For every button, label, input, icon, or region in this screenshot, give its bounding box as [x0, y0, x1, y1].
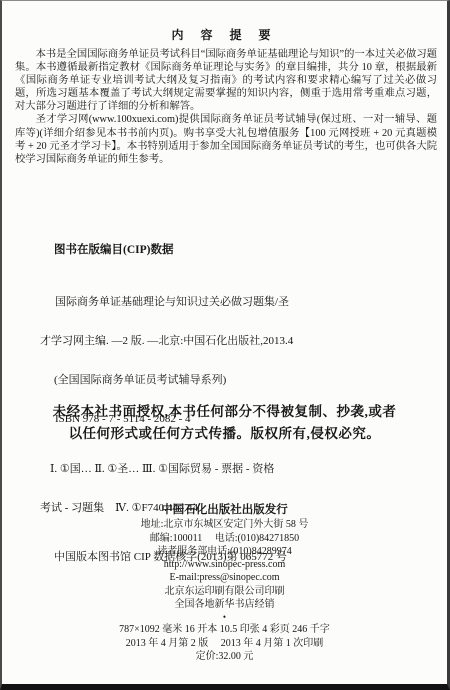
- copyright-notice-line-1: 未经本社书面授权,本书任何部分不得被复制、抄袭,或者: [2, 401, 447, 423]
- book-copyright-page: 内 容 提 要 本书是全国国际商务单证员考试科目“国际商务单证基础理论与知识”的…: [0, 0, 450, 690]
- publisher-email: E-mail:press@sinopec.com: [2, 571, 447, 584]
- colophon-block: 中国石化出版社出版发行 地址:北京市东城区安定门外大街 58 号 邮编:1000…: [2, 504, 447, 663]
- publisher-postcode-phone: 邮编:100011 电话:(010)84271850: [2, 532, 447, 545]
- publisher-name: 中国石化出版社出版发行: [2, 504, 447, 517]
- publisher-website: http://www.sinopec-press.com: [2, 558, 447, 571]
- separator-dot: •: [2, 611, 447, 623]
- summary-paragraph-2: 圣才学习网(www.100xuexi.com)提供国际商务单证员考试辅导(保过班…: [15, 113, 437, 165]
- summary-paragraph-1: 本书是全国国际商务单证员考试科目“国际商务单证基础理论与知识”的一本过关必做习题…: [15, 48, 437, 113]
- content-summary-title: 内 容 提 要: [2, 26, 447, 43]
- publisher-address: 地址:北京市东城区安定门外大街 58 号: [2, 518, 447, 531]
- print-format-line: 787×1092 毫米 16 开本 10.5 印张 4 彩页 246 千字: [2, 623, 447, 636]
- cip-header: 图书在版编目(CIP)数据: [54, 244, 427, 257]
- cip-title-line-2: 才学习网主编. —2 版. —北京:中国石化出版社,2013.4: [40, 335, 427, 348]
- content-summary: 本书是全国国际商务单证员考试科目“国际商务单证基础理论与知识”的一本过关必做习题…: [15, 48, 437, 166]
- copyright-notice-line-2: 以任何形式或任何方式传播。版权所有,侵权必究。: [2, 423, 447, 445]
- printer-name: 北京东运印刷有限公司印刷: [2, 585, 447, 598]
- distributor-name: 全国各地新华书店经销: [2, 598, 447, 611]
- cip-series-line: (全国国际商务单证员考试辅导系列): [54, 374, 427, 387]
- reader-service-phone: 读者服务部电话:(010)84289974: [2, 545, 447, 558]
- copyright-notice: 未经本社书面授权,本书任何部分不得被复制、抄袭,或者 以任何形式或任何方式传播。…: [2, 401, 447, 445]
- edition-printing-line: 2013 年 4 月第 2 版 2013 年 4 月第 1 次印刷: [2, 637, 447, 650]
- price-line: 定价:32.00 元: [2, 650, 447, 663]
- cip-title-line-1: 国际商务单证基础理论与知识过关必做习题集/圣: [55, 296, 427, 309]
- cip-classification-line-1: Ⅰ. ①国… Ⅱ. ①圣… Ⅲ. ①国际贸易 - 票据 - 资格: [50, 463, 427, 476]
